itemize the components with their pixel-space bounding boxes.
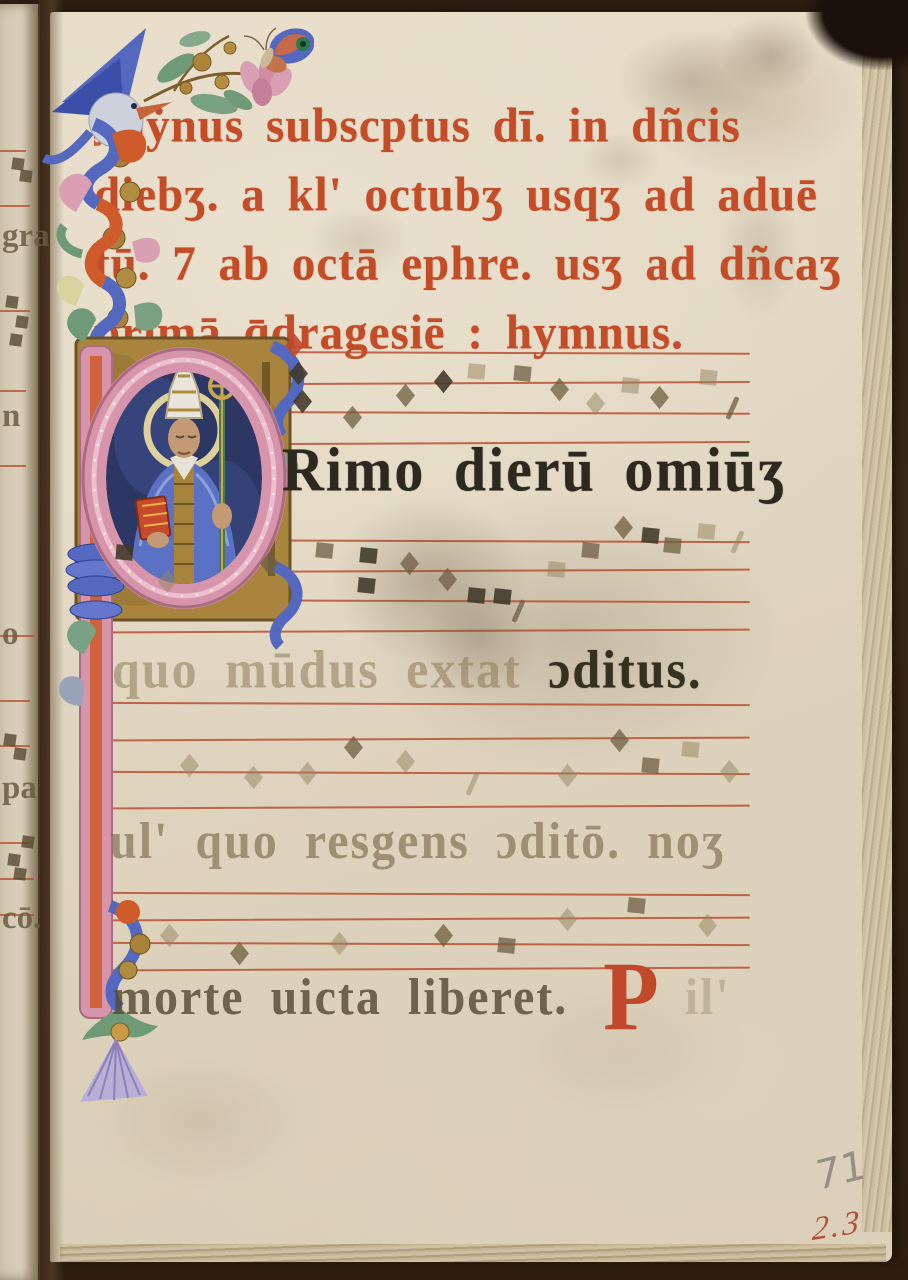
neume (467, 363, 485, 380)
neume (493, 588, 511, 605)
neume (315, 542, 333, 559)
facing-text-fragment: n (2, 398, 20, 435)
neume (681, 741, 699, 758)
chant-text-segment: P (568, 942, 659, 1051)
neume (115, 544, 133, 561)
neume (699, 369, 717, 386)
neume (497, 937, 515, 954)
chant-text-segment: ɔditus. (548, 639, 702, 699)
chant-text-segment: quo mūdus extat (112, 639, 548, 699)
chant-text-line: quo mūdus extat ɔditus. (112, 638, 702, 701)
neume (641, 527, 659, 544)
neume (581, 542, 599, 559)
facing-neume-fragment (7, 853, 21, 867)
chant-text-line: morte uicta liberet. P il' (112, 968, 731, 1027)
neume (513, 365, 531, 382)
facing-neume-fragment (3, 733, 17, 747)
facing-text-fragment: o (2, 616, 19, 653)
neume (663, 537, 681, 554)
chant-text-segment: ul' quo resgens ɔditō. noʒ (110, 813, 726, 870)
facing-staff-line-fragment (0, 390, 26, 392)
neume (547, 561, 565, 578)
facing-staff-line-fragment (0, 465, 26, 467)
neume (467, 587, 485, 604)
chant-text-segment: morte uicta liberet. (112, 969, 568, 1026)
page-edges-bottom (60, 1244, 886, 1262)
neume (621, 377, 639, 394)
neume (359, 547, 377, 564)
initial-letter-label: P (0, 0, 1, 1)
chant-text-line: Rimo dierū omiūʒ (282, 433, 787, 505)
neume (627, 897, 645, 914)
facing-staff-line-fragment (0, 150, 26, 152)
chant-text-segment: il' (659, 969, 731, 1026)
facing-neume-fragment (9, 333, 23, 347)
chant-text-segment: Rimo dierū omiūʒ (282, 434, 787, 504)
facing-neume-fragment (5, 295, 19, 309)
neume (357, 577, 375, 594)
neume (697, 523, 715, 540)
chant-text-line: ul' quo resgens ɔditō. noʒ (110, 812, 726, 871)
page-edges-right (862, 42, 892, 1232)
manuscript-photo: hẏnus subscptus dī. in dñcisdiebʒ. a kl'… (0, 0, 908, 1280)
binding-corner (806, 0, 908, 70)
neume (641, 757, 659, 774)
